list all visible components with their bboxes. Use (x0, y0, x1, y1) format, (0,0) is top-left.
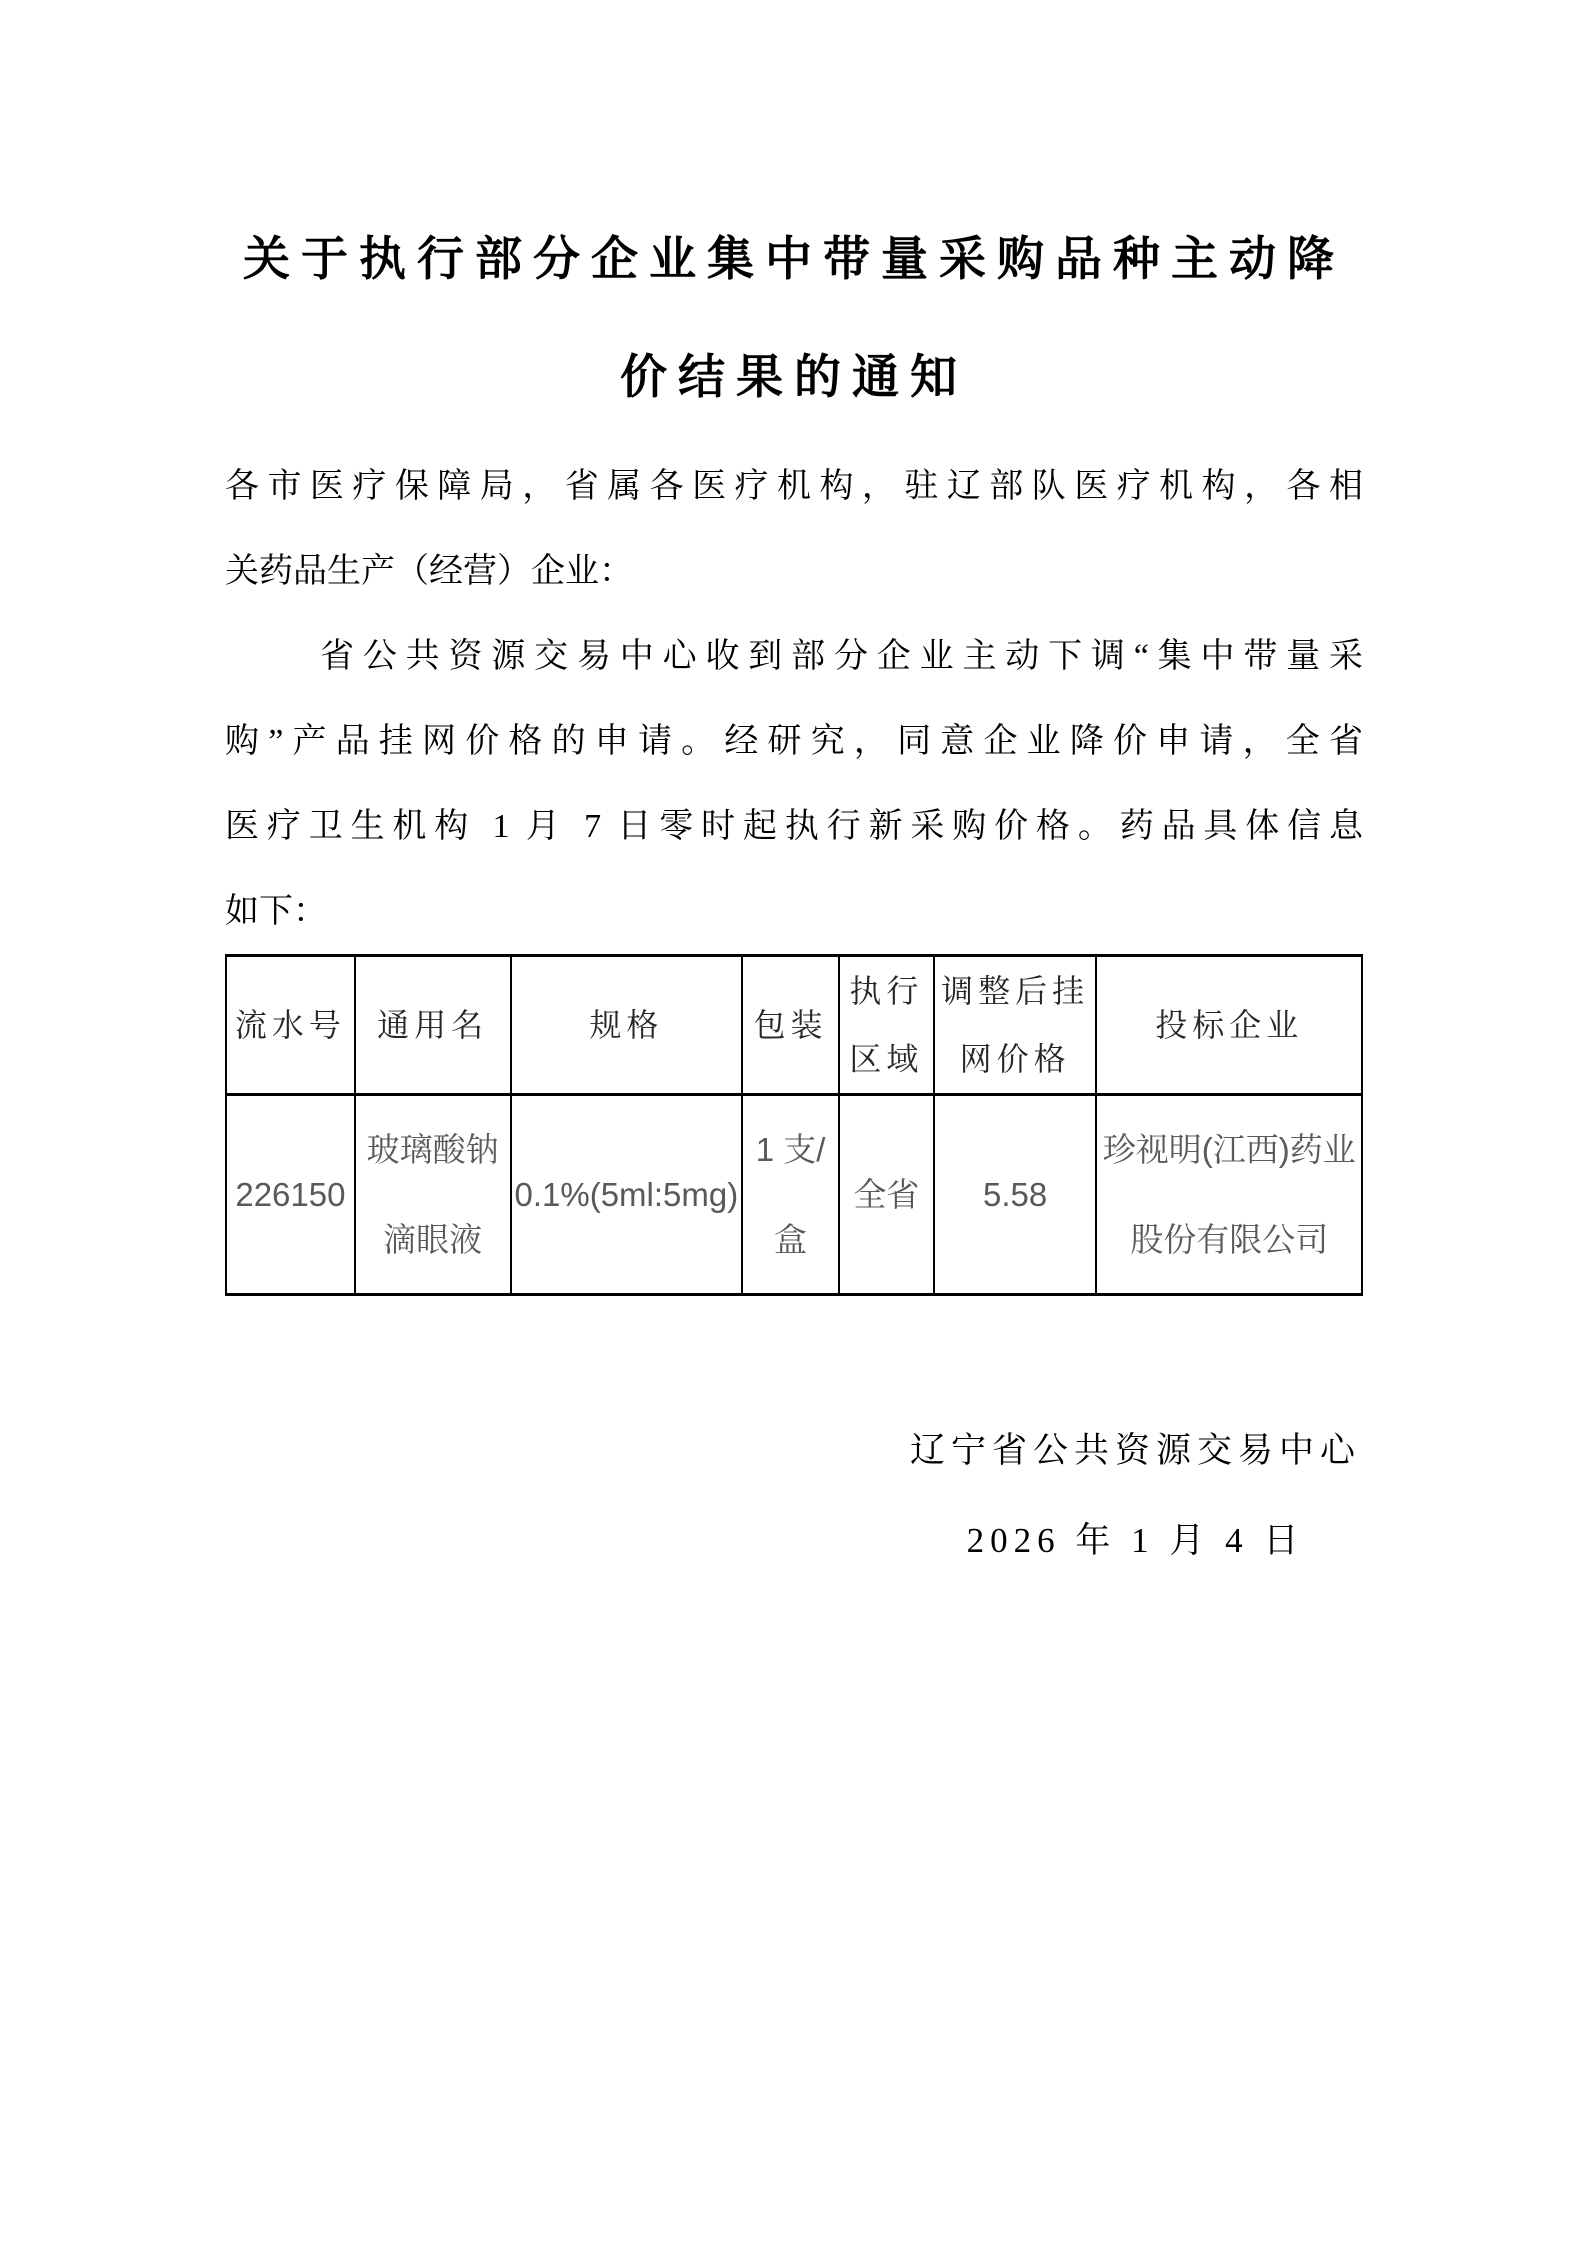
signature-organization: 辽宁省公共资源交易中心 (910, 1406, 1361, 1496)
paragraph-1-line-1: 各市医疗保障局，省属各医疗机构，驻辽部队医疗机构，各相 (225, 444, 1363, 529)
header-specification: 规格 (511, 956, 743, 1095)
cell-bidding-enterprise: 珍视明(江西)药业 股份有限公司 (1096, 1095, 1362, 1295)
paragraph-2-line-2: 购”产品挂网价格的申请。经研究，同意企业降价申请，全省 (225, 699, 1363, 784)
paragraph-2-line-4: 如下： (225, 869, 1363, 954)
header-adjusted-listed-price: 调整后挂 网价格 (934, 956, 1097, 1095)
header-serial-number: 流水号 (226, 956, 355, 1095)
table-row: 226150 玻璃酸钠 滴眼液 0.1%(5ml:5mg) 1 支/ 盒 全省 … (226, 1095, 1362, 1295)
title-line-1: 关于执行部分企业集中带量采购品种主动降 (225, 200, 1363, 318)
cell-packaging: 1 支/ 盒 (742, 1095, 839, 1295)
header-execution-region: 执行 区域 (839, 956, 934, 1095)
document-title: 关于执行部分企业集中带量采购品种主动降 价结果的通知 (225, 200, 1363, 436)
signature-block: 辽宁省公共资源交易中心 2026 年 1 月 4 日 (225, 1406, 1363, 1586)
document-page: 关于执行部分企业集中带量采购品种主动降 价结果的通知 各市医疗保障局，省属各医疗… (0, 0, 1588, 2244)
cell-specification: 0.1%(5ml:5mg) (511, 1095, 743, 1295)
header-generic-name: 通用名 (355, 956, 511, 1095)
cell-serial-number: 226150 (226, 1095, 355, 1295)
cell-generic-name: 玻璃酸钠 滴眼液 (355, 1095, 511, 1295)
header-bidding-enterprise: 投标企业 (1096, 956, 1362, 1095)
paragraph-2-line-1: 省公共资源交易中心收到部分企业主动下调“集中带量采 (225, 614, 1363, 699)
paragraph-2-line-3: 医疗卫生机构 1 月 7 日零时起执行新采购价格。药品具体信息 (225, 784, 1363, 869)
table-header-row: 流水号 通用名 规格 包装 执行 区域 调整后挂 网价格 投标企业 (226, 956, 1362, 1095)
body-text: 各市医疗保障局，省属各医疗机构，驻辽部队医疗机构，各相 关药品生产（经营）企业：… (225, 444, 1363, 954)
title-line-2: 价结果的通知 (225, 318, 1363, 436)
signature-inner: 辽宁省公共资源交易中心 2026 年 1 月 4 日 (910, 1406, 1361, 1586)
header-packaging: 包装 (742, 956, 839, 1095)
cell-adjusted-listed-price: 5.58 (934, 1095, 1097, 1295)
cell-execution-region: 全省 (839, 1095, 934, 1295)
paragraph-1-line-2: 关药品生产（经营）企业： (225, 529, 1363, 614)
signature-date: 2026 年 1 月 4 日 (910, 1496, 1361, 1586)
drug-price-table: 流水号 通用名 规格 包装 执行 区域 调整后挂 网价格 投标企业 226150… (225, 954, 1363, 1296)
